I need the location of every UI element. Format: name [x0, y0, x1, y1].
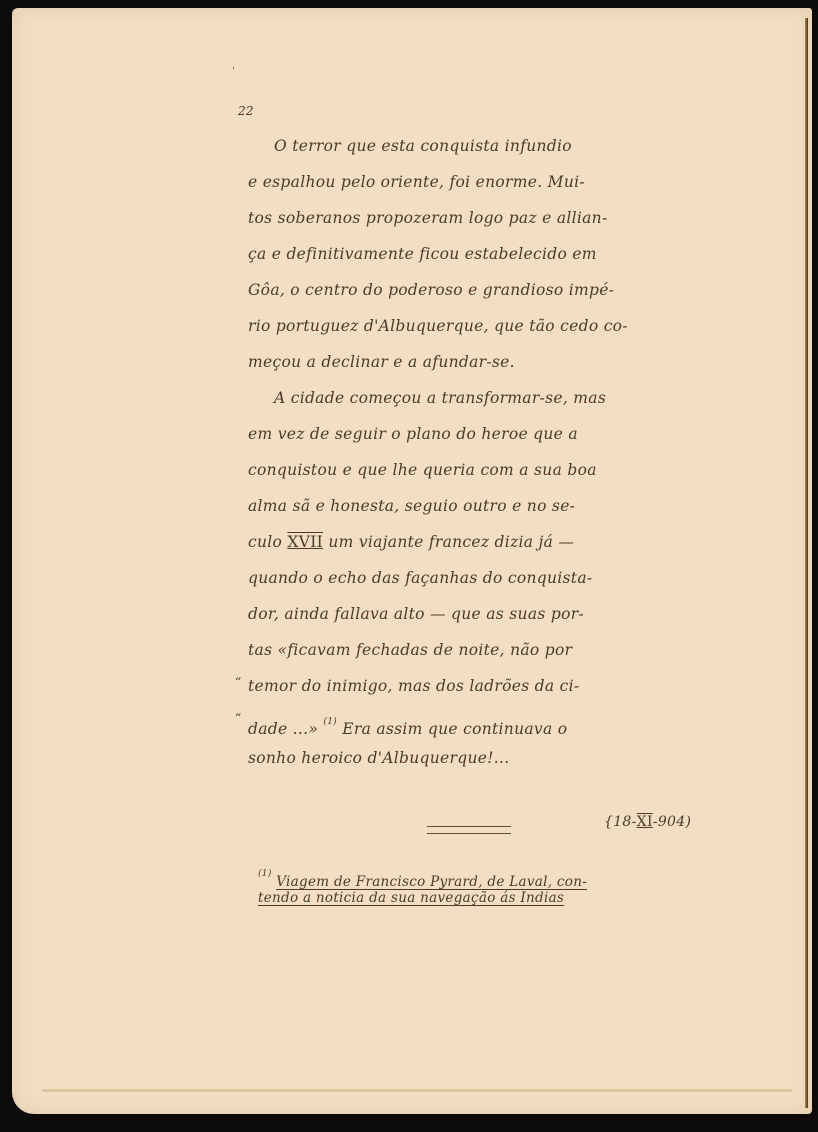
footnote-line: (1) Viagem de Francisco Pyrard, de Laval…	[258, 862, 708, 886]
footnote: (1) Viagem de Francisco Pyrard, de Laval…	[258, 862, 708, 910]
century-numeral: XVII	[287, 533, 323, 551]
text-line: meçou a declinar e a afundar-se.	[248, 344, 718, 380]
footnote-marker: (1)	[258, 869, 272, 879]
text-line: dade ...» (1) Era assim que continuava o	[248, 704, 718, 740]
text-line: tos soberanos propozeram logo paz e alli…	[248, 200, 718, 236]
date-day: 18	[613, 814, 631, 830]
text-line: ça e definitivamente ficou estabelecido …	[248, 236, 718, 272]
page-number: 22	[238, 104, 254, 118]
text-fragment: dade ...»	[248, 720, 318, 738]
text-fragment: culo	[248, 533, 282, 551]
manuscript-scan: ' 22 O terror que esta conquista infundi…	[0, 0, 818, 1132]
footnote-reference: (1)	[323, 717, 337, 727]
page-edge	[805, 18, 808, 1108]
text-line: temor do inimigo, mas dos ladrões da ci-	[248, 668, 718, 704]
text-line: conquistou e que lhe queria com a sua bo…	[248, 452, 718, 488]
date-month: XI	[637, 814, 653, 830]
text-fragment: um viajante francez dizia já —	[328, 533, 574, 551]
double-rule-separator	[427, 826, 511, 834]
text-line: A cidade começou a transformar-se, mas	[248, 380, 718, 416]
text-line: em vez de seguir o plano do heroe que a	[248, 416, 718, 452]
text-line: e espalhou pelo oriente, foi enorme. Mui…	[248, 164, 718, 200]
date-mark: {18-XI-904)	[604, 814, 691, 830]
text-line: tas «ficavam fechadas de noite, não por	[248, 632, 718, 668]
date-year: 904	[658, 814, 686, 830]
text-line: sonho heroico d'Albuquerque!...	[248, 740, 718, 776]
text-fragment: Era assim que continuava o	[342, 720, 567, 738]
footnote-line: tendo a noticia da sua navegação ás Indi…	[258, 886, 708, 910]
paper-mark: '	[232, 66, 235, 77]
text-line: rio portuguez d'Albuquerque, que tão ced…	[248, 308, 718, 344]
text-line: quando o echo das façanhas do conquista-	[248, 560, 718, 596]
footnote-text: tendo a noticia da sua navegação ás Indi…	[258, 890, 564, 906]
date-brace: {	[604, 814, 613, 830]
text-line: culo XVII um viajante francez dizia já —	[248, 524, 718, 560]
manuscript-body: O terror que esta conquista infundio e e…	[248, 128, 718, 776]
date-paren: )	[685, 814, 691, 830]
text-line: alma sã e honesta, seguio outro e no se-	[248, 488, 718, 524]
text-line: dor, ainda fallava alto — que as suas po…	[248, 596, 718, 632]
text-line: Gôa, o centro do poderoso e grandioso im…	[248, 272, 718, 308]
text-line: O terror que esta conquista infundio	[248, 128, 718, 164]
paper-stain	[42, 1089, 792, 1092]
